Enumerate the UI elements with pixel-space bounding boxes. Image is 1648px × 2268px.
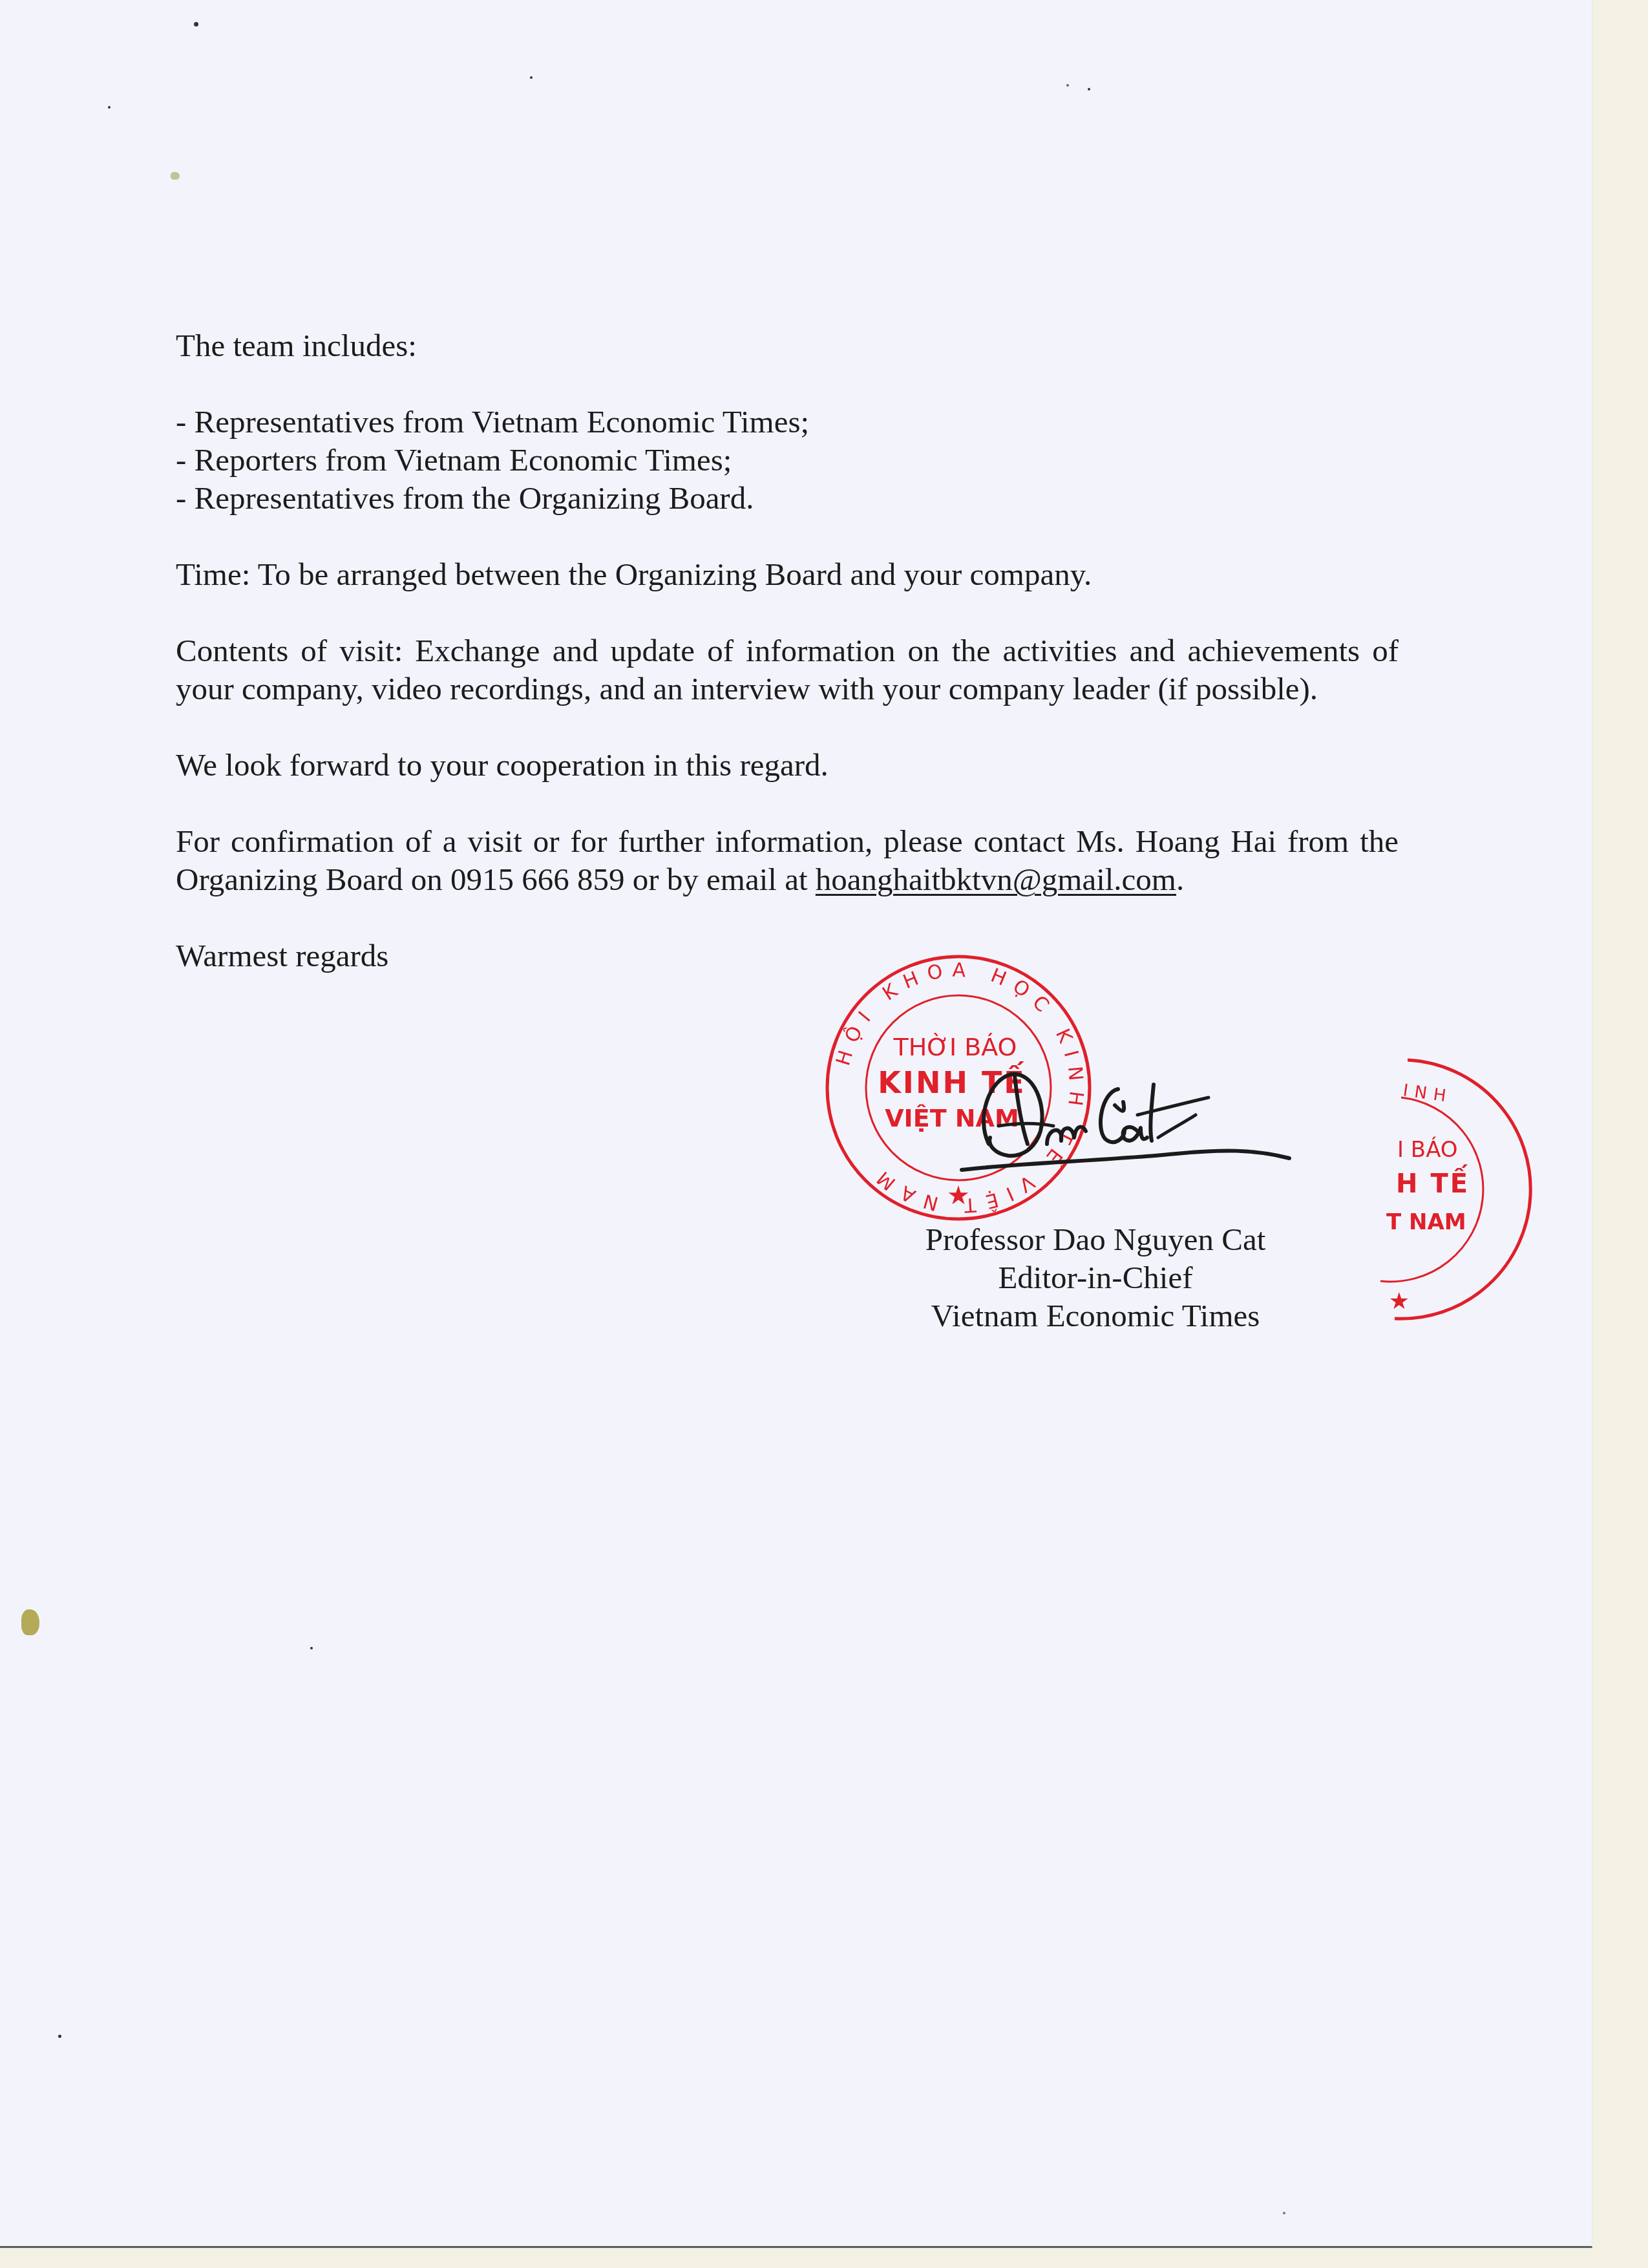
signatory-name: Professor Dao Nguyen Cat	[860, 1220, 1331, 1258]
partial-stamp-line-3: T NAM	[1386, 1209, 1466, 1235]
contact-email-link[interactable]: hoanghaitbktvn@gmail.com	[816, 862, 1176, 897]
time-paragraph: Time: To be arranged between the Organiz…	[176, 555, 1399, 593]
signatory-title: Editor-in-Chief	[860, 1258, 1331, 1297]
scan-speck	[108, 106, 111, 109]
closing-salutation: Warmest regards	[176, 937, 1399, 975]
scan-speck	[1283, 2212, 1285, 2214]
scan-speck	[194, 22, 198, 26]
partial-stamp: INH I BÁO H TẾ T NAM ★	[1357, 1034, 1551, 1338]
star-icon: ★	[1389, 1288, 1410, 1315]
scan-speck	[1066, 84, 1069, 87]
scan-speck	[1088, 88, 1090, 90]
letter-body: The team includes: - Representatives fro…	[176, 326, 1399, 975]
scan-speck	[310, 1647, 313, 1649]
signatory-organization: Vietnam Economic Times	[860, 1297, 1331, 1335]
partial-stamp-line-1: I BÁO	[1397, 1136, 1458, 1163]
contact-text: For confirmation of a visit or for furth…	[176, 823, 1399, 897]
contact-paragraph: For confirmation of a visit or for furth…	[176, 822, 1399, 898]
cooperation-paragraph: We look forward to your cooperation in t…	[176, 746, 1399, 784]
team-list: - Representatives from Vietnam Economic …	[176, 403, 1399, 517]
scan-stain	[171, 172, 180, 180]
team-list-item: - Reporters from Vietnam Economic Times;	[176, 441, 1399, 479]
partial-stamp-line-2: H TẾ	[1396, 1164, 1470, 1199]
scan-stain	[21, 1609, 39, 1635]
contact-suffix: .	[1176, 862, 1184, 897]
team-list-item: - Representatives from Vietnam Economic …	[176, 403, 1399, 441]
stamp-line-1: THỜI BÁO	[893, 1033, 1017, 1061]
team-list-item: - Representatives from the Organizing Bo…	[176, 479, 1399, 517]
partial-stamp-ring-top: INH	[1402, 1081, 1453, 1107]
team-intro: The team includes:	[176, 326, 1399, 365]
letter-page: The team includes: - Representatives fro…	[0, 0, 1592, 2248]
signature-block: Professor Dao Nguyen Cat Editor-in-Chief…	[860, 1220, 1331, 1335]
contents-paragraph: Contents of visit: Exchange and update o…	[176, 631, 1399, 708]
scan-speck	[530, 76, 533, 79]
handwritten-signature	[950, 1066, 1338, 1189]
scan-speck	[58, 2035, 61, 2038]
